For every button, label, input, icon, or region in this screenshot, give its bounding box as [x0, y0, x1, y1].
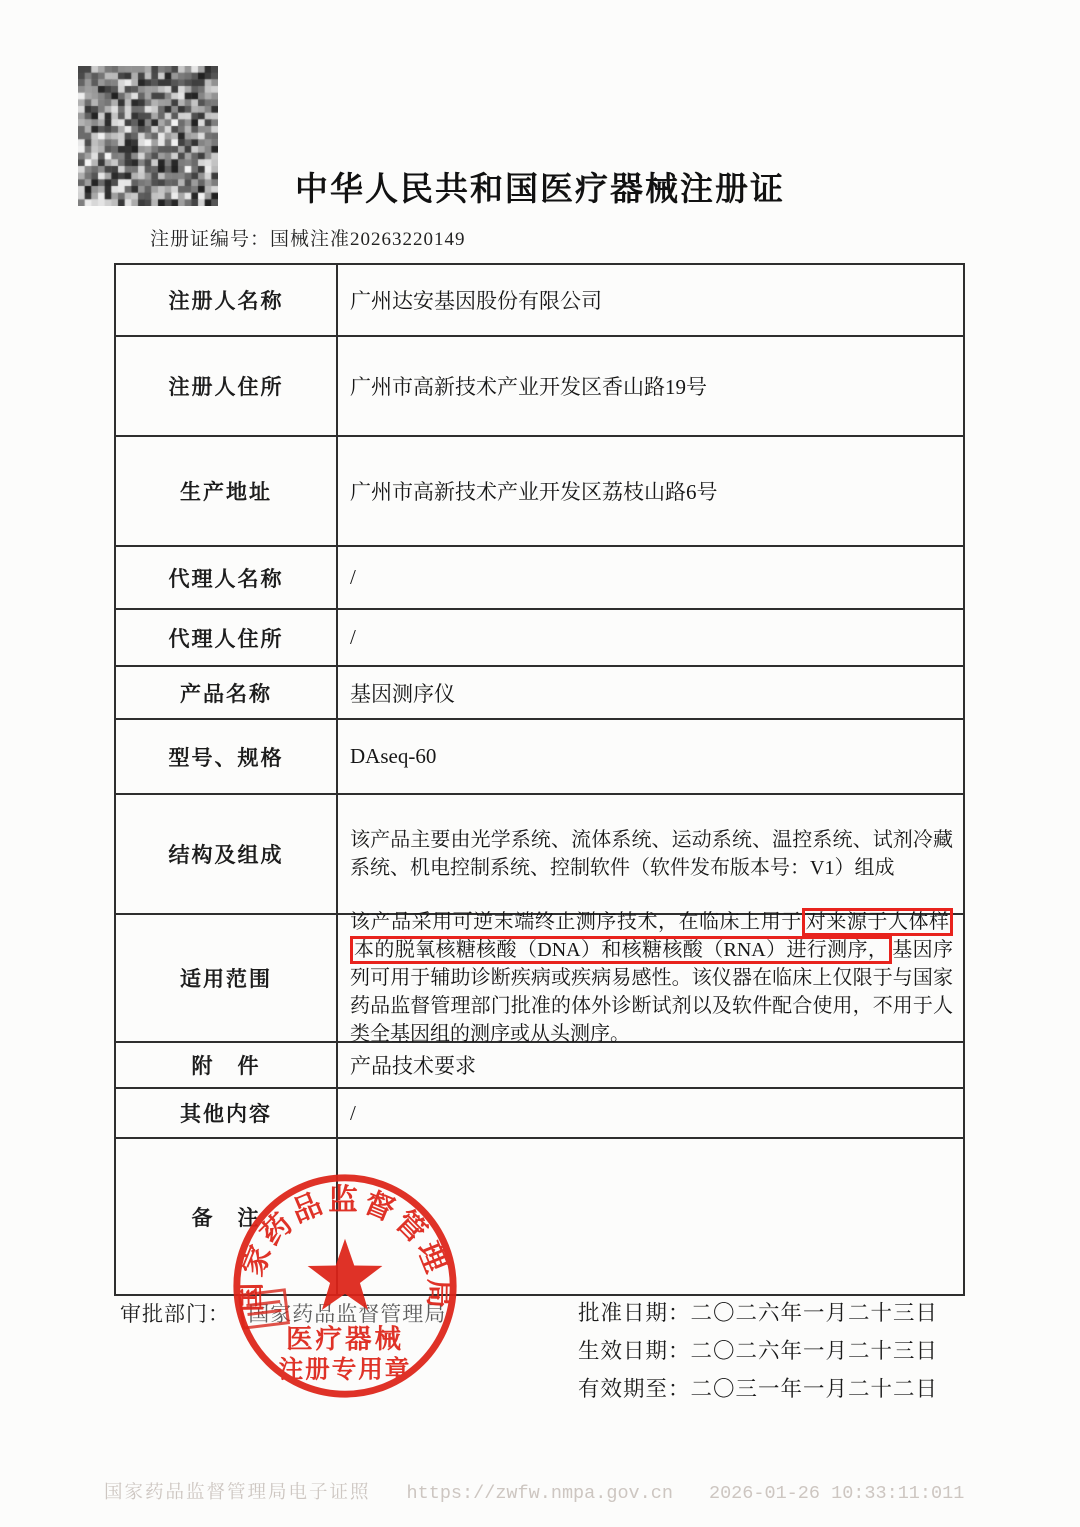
official-stamp-icon: 国家药品监督管理局 医疗器械 注册专用章 — [227, 1168, 463, 1404]
row-label: 注册人名称 — [116, 265, 338, 335]
approval-department-label: 审批部门： — [120, 1302, 230, 1326]
approval-date-value: 二〇二六年一月二十三日 — [691, 1294, 939, 1332]
certificate-page: 中华人民共和国医疗器械注册证 注册证编号：国械注准20263220149 注册人… — [0, 0, 1080, 1527]
table-row-agent-name: 代理人名称 / — [116, 545, 963, 608]
row-label: 附 件 — [116, 1043, 338, 1087]
row-value: 该产品主要由光学系统、流体系统、运动系统、温控系统、试剂冷藏系统、机电控制系统、… — [338, 795, 963, 913]
row-value: / — [338, 1089, 963, 1137]
table-row-product-name: 产品名称 基因测序仪 — [116, 665, 963, 718]
row-label: 注册人住所 — [116, 337, 338, 435]
electronic-license-watermark: 国家药品监督管理局电子证照 https://zwfw.nmpa.gov.cn 2… — [104, 1478, 1034, 1504]
plain-text: 该产品采用可逆末端终止测序技术，在临床上用于 — [350, 911, 802, 933]
cert-number-value: 国械注准20263220149 — [270, 229, 466, 250]
expiry-date-label: 有效期至： — [578, 1370, 691, 1408]
row-label: 适用范围 — [116, 915, 338, 1041]
row-value: 广州市高新技术产业开发区香山路19号 — [338, 337, 963, 435]
row-value: 广州达安基因股份有限公司 — [338, 265, 963, 335]
row-label: 产品名称 — [116, 667, 338, 718]
row-value: 广州市高新技术产业开发区荔枝山路6号 — [338, 437, 963, 545]
intended-use-text: 该产品采用可逆末端终止测序技术，在临床上用于对来源于人体样本的脱氧核糖核酸（DN… — [350, 908, 953, 1048]
table-row-registrant-name: 注册人名称 广州达安基因股份有限公司 — [116, 265, 963, 335]
stamp-line2: 注册专用章 — [279, 1354, 412, 1383]
stamp-star-icon — [308, 1239, 383, 1310]
table-row-registrant-address: 注册人住所 广州市高新技术产业开发区香山路19号 — [116, 335, 963, 435]
watermark-timestamp: 2026-01-26 10:33:11:011 — [709, 1483, 964, 1504]
table-row-model-spec: 型号、规格 DAseq-60 — [116, 718, 963, 793]
approval-date-label: 批准日期： — [578, 1294, 691, 1332]
row-label: 代理人名称 — [116, 547, 338, 608]
row-value: / — [338, 547, 963, 608]
row-label: 其他内容 — [116, 1089, 338, 1137]
row-label: 代理人住所 — [116, 610, 338, 665]
row-value: 产品技术要求 — [338, 1043, 963, 1087]
effective-date-label: 生效日期： — [578, 1332, 691, 1370]
date-block: 批准日期： 二〇二六年一月二十三日 生效日期： 二〇二六年一月二十三日 有效期至… — [578, 1294, 938, 1408]
table-row-intended-use: 适用范围 该产品采用可逆末端终止测序技术，在临床上用于对来源于人体样本的脱氧核糖… — [116, 913, 963, 1041]
row-value: / — [338, 610, 963, 665]
table-row-other-content: 其他内容 / — [116, 1087, 963, 1137]
row-value: 该产品采用可逆末端终止测序技术，在临床上用于对来源于人体样本的脱氧核糖核酸（DN… — [338, 915, 963, 1041]
approval-date-line: 批准日期： 二〇二六年一月二十三日 — [578, 1294, 938, 1332]
structure-text: 该产品主要由光学系统、流体系统、运动系统、温控系统、试剂冷藏系统、机电控制系统、… — [350, 826, 953, 882]
page-title: 中华人民共和国医疗器械注册证 — [0, 163, 1080, 210]
certificate-table: 注册人名称 广州达安基因股份有限公司 注册人住所 广州市高新技术产业开发区香山路… — [114, 263, 965, 1296]
row-label: 生产地址 — [116, 437, 338, 545]
effective-date-line: 生效日期： 二〇二六年一月二十三日 — [578, 1332, 938, 1370]
table-row-agent-address: 代理人住所 / — [116, 608, 963, 665]
stamp-line1: 医疗器械 — [286, 1324, 404, 1354]
watermark-agency: 国家药品监督管理局电子证照 — [104, 1478, 371, 1504]
row-label: 结构及组成 — [116, 795, 338, 913]
row-label: 型号、规格 — [116, 720, 338, 793]
row-value: 基因测序仪 — [338, 667, 963, 718]
row-value: DAseq-60 — [338, 720, 963, 793]
cert-number-label: 注册证编号： — [150, 229, 270, 250]
expiry-date-value: 二〇三一年一月二十二日 — [691, 1370, 939, 1408]
table-row-structure: 结构及组成 该产品主要由光学系统、流体系统、运动系统、温控系统、试剂冷藏系统、机… — [116, 793, 963, 913]
watermark-url: https://zwfw.nmpa.gov.cn — [407, 1483, 673, 1504]
table-row-attachment: 附 件 产品技术要求 — [116, 1041, 963, 1087]
expiry-date-line: 有效期至： 二〇三一年一月二十二日 — [578, 1370, 938, 1408]
table-row-production-address: 生产地址 广州市高新技术产业开发区荔枝山路6号 — [116, 435, 963, 545]
cert-number: 注册证编号：国械注准20263220149 — [150, 224, 466, 251]
effective-date-value: 二〇二六年一月二十三日 — [691, 1332, 939, 1370]
